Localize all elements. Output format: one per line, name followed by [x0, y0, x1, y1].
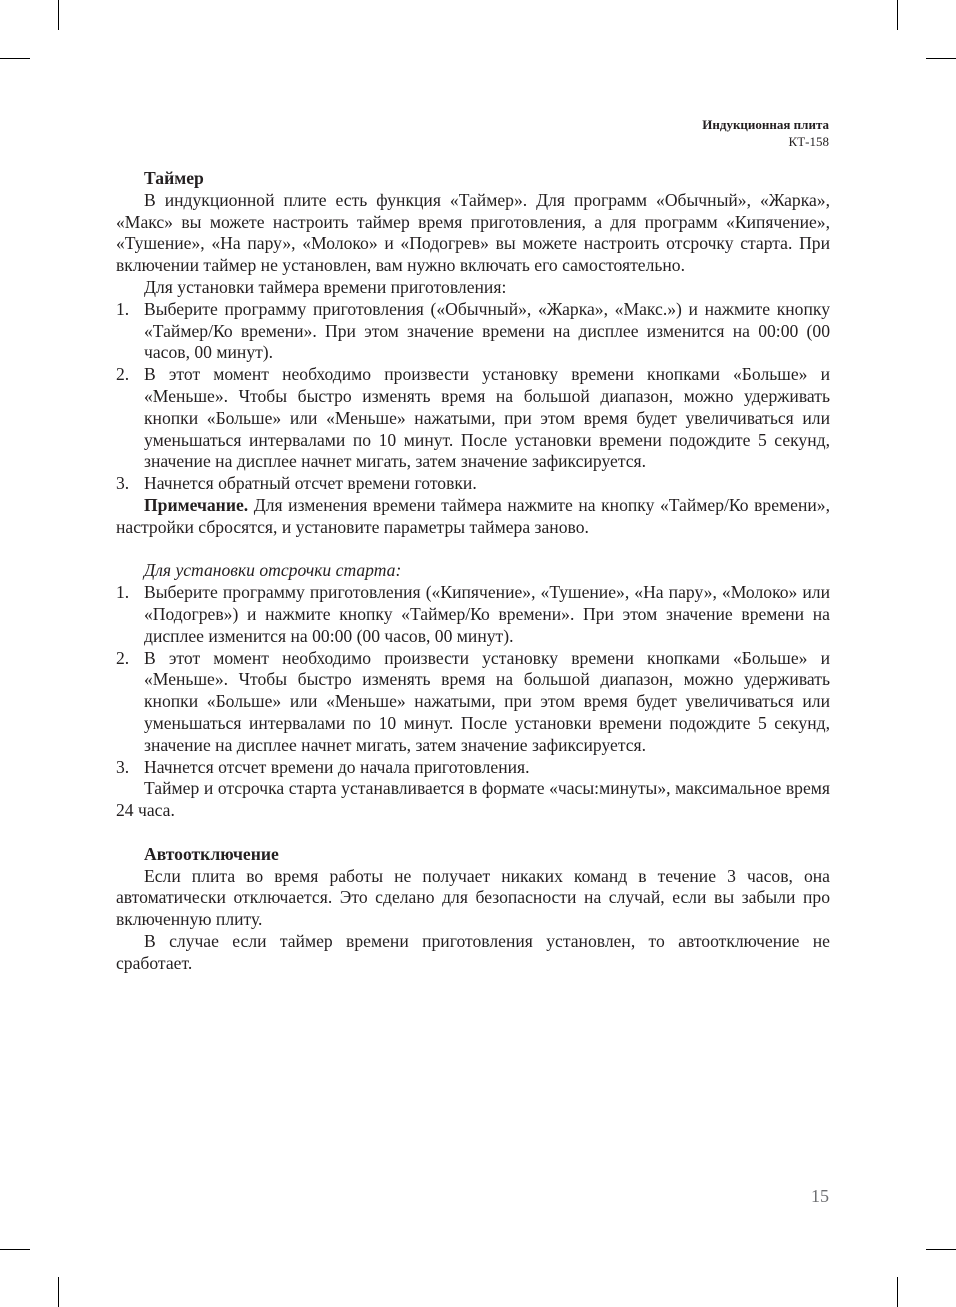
section-spacer — [116, 822, 830, 844]
cook-timer-steps: 1. Выберите программу приготовления («Об… — [116, 299, 830, 495]
section-heading-auto-off: Автоотключение — [116, 844, 830, 866]
crop-mark-bottom-right-horizontal — [926, 1249, 956, 1250]
crop-mark-top-left-vertical — [58, 0, 59, 30]
list-item: 2. В этот момент необходимо произвести у… — [116, 364, 830, 473]
list-text: В этот момент необходимо произвести уста… — [144, 364, 830, 471]
list-text: Начнется отсчет времени до начала пригот… — [144, 757, 530, 777]
header-model: КТ-158 — [702, 133, 829, 150]
crop-mark-bottom-right-vertical — [897, 1277, 898, 1307]
header-title: Индукционная плита — [702, 116, 829, 133]
list-number: 1. — [116, 582, 129, 604]
list-item: 1. Выберите программу приготовления («Ки… — [116, 582, 830, 647]
crop-mark-bottom-left-horizontal — [0, 1249, 30, 1250]
crop-mark-bottom-left-vertical — [58, 1277, 59, 1307]
delay-start-lead: Для установки отсрочки старта: — [116, 560, 830, 582]
page-number: 15 — [811, 1186, 829, 1207]
auto-off-paragraph-2: В случае если таймер времени приготовлен… — [116, 931, 830, 975]
list-text: В этот момент необходимо произвести уста… — [144, 648, 830, 755]
crop-mark-top-right-vertical — [897, 0, 898, 30]
running-header: Индукционная плита КТ-158 — [702, 116, 829, 150]
timer-intro-paragraph: В индукционной плите есть функция «Тайме… — [116, 190, 830, 277]
list-text: Выберите программу приготовления («Кипяч… — [144, 582, 830, 646]
cook-timer-lead: Для установки таймера времени приготовле… — [116, 277, 830, 299]
list-item: 1. Выберите программу приготовления («Об… — [116, 299, 830, 364]
crop-mark-top-left-horizontal — [0, 58, 30, 59]
list-item: 3. Начнется обратный отсчет времени гото… — [116, 473, 830, 495]
list-text: Начнется обратный отсчет времени готовки… — [144, 473, 477, 493]
list-text: Выберите программу приготовления («Обычн… — [144, 299, 830, 363]
list-number: 3. — [116, 473, 129, 495]
list-number: 2. — [116, 364, 129, 386]
delay-start-steps: 1. Выберите программу приготовления («Ки… — [116, 582, 830, 778]
note-paragraph: Примечание. Для изменения времени таймер… — [116, 495, 830, 539]
format-note-paragraph: Таймер и отсрочка старта устанавливается… — [116, 778, 830, 822]
list-number: 1. — [116, 299, 129, 321]
note-label: Примечание. — [144, 495, 248, 515]
list-item: 3. Начнется отсчет времени до начала при… — [116, 757, 830, 779]
auto-off-paragraph-1: Если плита во время работы не получает н… — [116, 866, 830, 931]
page-content: Таймер В индукционной плите есть функция… — [116, 168, 830, 974]
list-number: 2. — [116, 648, 129, 670]
list-item: 2. В этот момент необходимо произвести у… — [116, 648, 830, 757]
section-heading-timer: Таймер — [116, 168, 830, 190]
list-number: 3. — [116, 757, 129, 779]
crop-mark-top-right-horizontal — [926, 58, 956, 59]
